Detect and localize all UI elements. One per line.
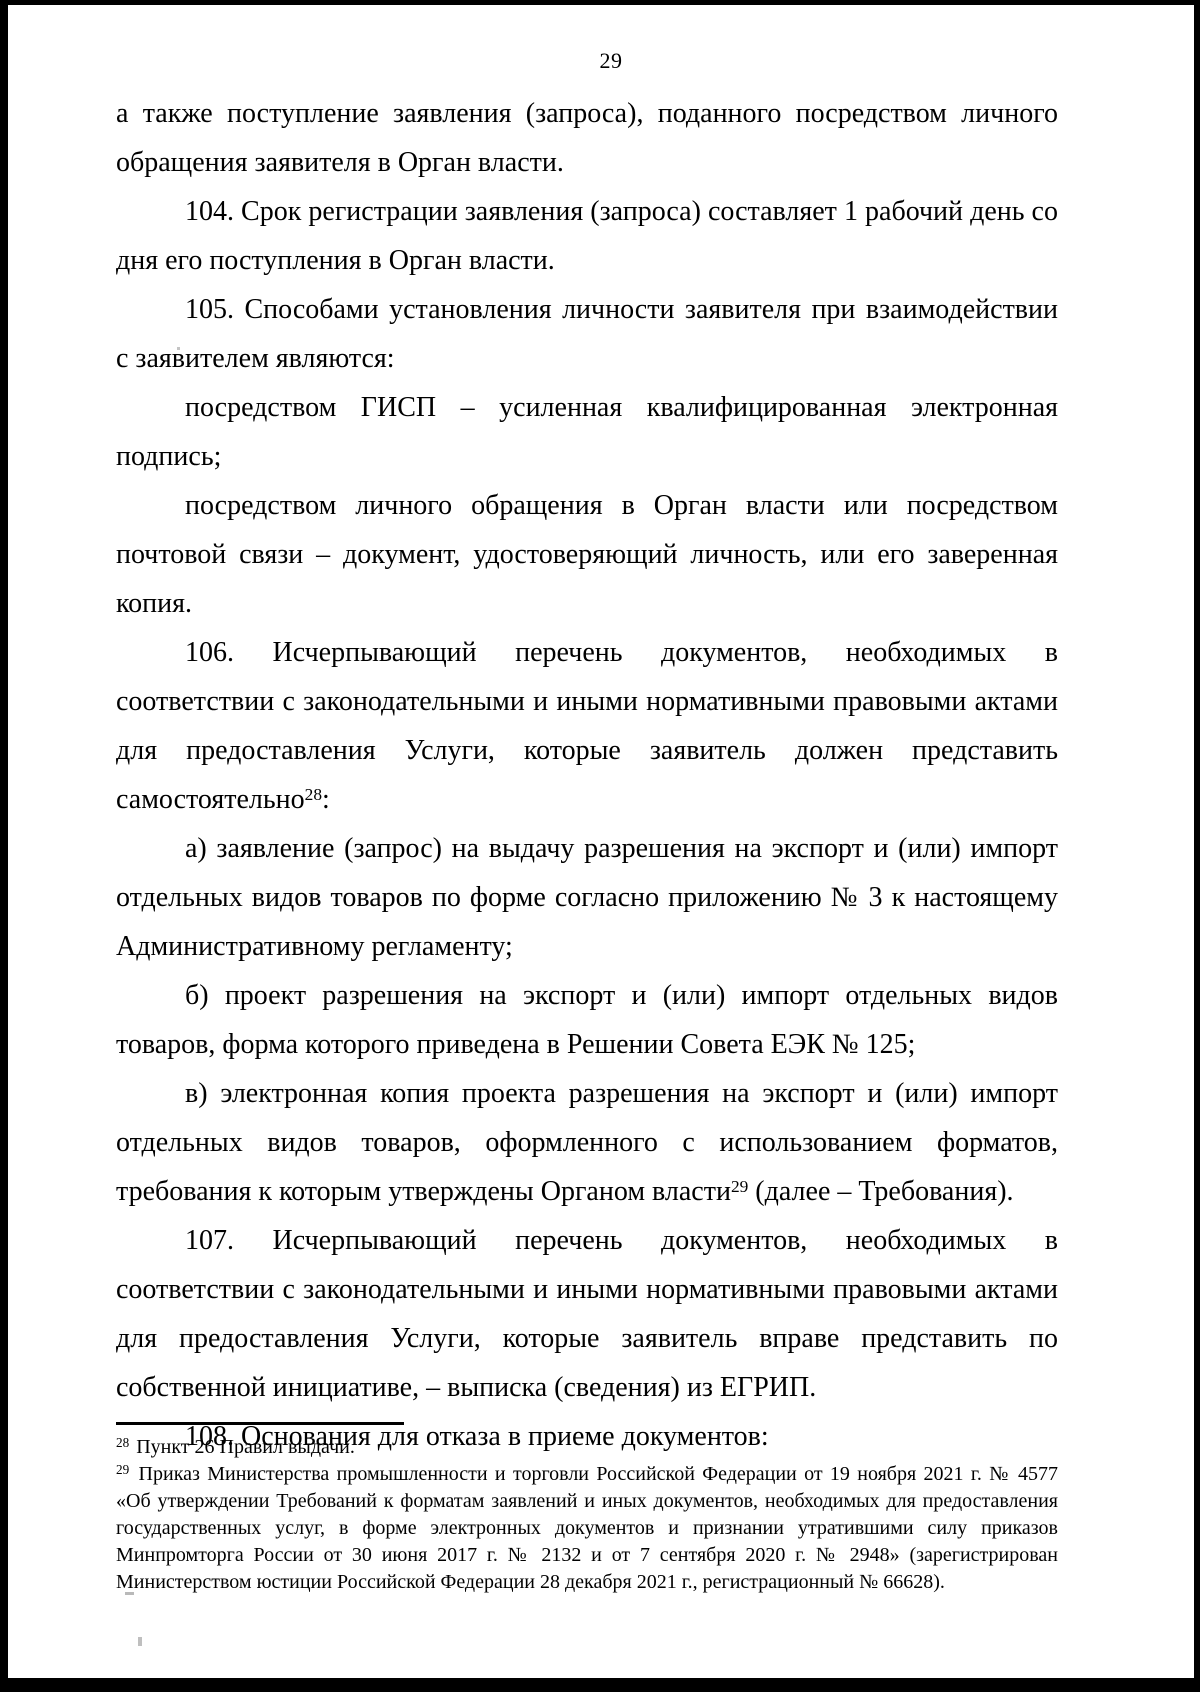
footnote-text: Пункт 26 Правил выдачи. <box>131 1436 355 1458</box>
scan-border-bottom <box>0 1678 1200 1692</box>
page-number: 29 <box>140 48 1082 74</box>
paragraph-text: а) заявление (запрос) на выдачу разрешен… <box>116 833 1058 962</box>
paragraph-lichnoe: посредством личного обращения в Орган вл… <box>116 481 1058 628</box>
paragraph-105: 105. Способами установления личности зая… <box>116 285 1058 383</box>
footnote-28: 28 Пункт 26 Правил выдачи. <box>116 1434 1058 1461</box>
paragraph-text: 107. Исчерпывающий перечень документов, … <box>116 1225 1058 1403</box>
footnote-separator <box>116 1422 404 1425</box>
footnote-ref-28: 28 <box>305 785 322 804</box>
paragraph-text: 104. Срок регистрации заявления (запроса… <box>116 196 1058 276</box>
paragraph-text: : <box>322 784 330 815</box>
paragraph-item-v: в) электронная копия проекта разрешения … <box>116 1069 1058 1216</box>
footnote-29: 29 Приказ Министерства промышленности и … <box>116 1461 1058 1596</box>
paragraph-item-b: б) проект разрешения на экспорт и (или) … <box>116 971 1058 1069</box>
scan-speck <box>125 1592 134 1595</box>
footnote-number: 29 <box>116 1462 131 1477</box>
paragraph-text: б) проект разрешения на экспорт и (или) … <box>116 980 1058 1060</box>
paragraph-text: а также поступление заявления (запроса),… <box>116 98 1058 178</box>
paragraph-text: (далее – Требования). <box>748 1176 1013 1207</box>
paragraph-item-a: а) заявление (запрос) на выдачу разрешен… <box>116 824 1058 971</box>
scan-border-top <box>0 0 1200 5</box>
scan-speck <box>138 1637 142 1646</box>
paragraph-104: 104. Срок регистрации заявления (запроса… <box>116 187 1058 285</box>
paragraph-continuation: а также поступление заявления (запроса),… <box>116 89 1058 187</box>
paragraph-106: 106. Исчерпывающий перечень документов, … <box>116 628 1058 824</box>
scanned-document-page: { "page": { "number": "29" }, "main": { … <box>0 0 1200 1692</box>
paragraph-gisp: посредством ГИСП – усиленная квалифициро… <box>116 383 1058 481</box>
paragraph-text: посредством ГИСП – усиленная квалифициро… <box>116 392 1058 472</box>
scan-border-right <box>1194 0 1200 1692</box>
footnote-number: 28 <box>116 1435 131 1450</box>
paragraph-text: посредством личного обращения в Орган вл… <box>116 490 1058 619</box>
footnote-text: Приказ Министерства промышленности и тор… <box>116 1463 1058 1593</box>
footnote-ref-29: 29 <box>731 1177 748 1196</box>
paragraph-text: 105. Способами установления личности зая… <box>116 294 1058 374</box>
paragraph-text: 106. Исчерпывающий перечень документов, … <box>116 637 1058 815</box>
document-body: а также поступление заявления (запроса),… <box>116 89 1058 1461</box>
footnotes-section: 28 Пункт 26 Правил выдачи. 29 Приказ Мин… <box>116 1422 1058 1596</box>
scan-border-left <box>0 0 8 1692</box>
paragraph-107: 107. Исчерпывающий перечень документов, … <box>116 1216 1058 1412</box>
scan-speck <box>177 347 180 350</box>
